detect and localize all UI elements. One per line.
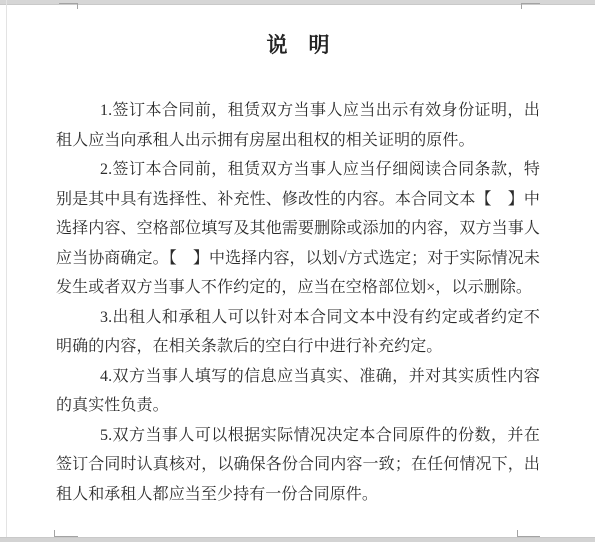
instruction-paragraph-2: 2.签订本合同前，租赁双方当事人应当仔细阅读合同条款，特别是其中具有选择性、补充… — [56, 155, 540, 303]
margin-crop-mark-top-left — [59, 3, 78, 9]
page-edge-top — [0, 0, 595, 5]
instruction-paragraph-3: 3.出租人和承租人可以针对本合同文本中没有约定或者约定不明确的内容，在相关条款后… — [56, 303, 540, 362]
page-title: 说 明 — [56, 30, 540, 60]
margin-crop-mark-bottom-left — [54, 530, 78, 537]
page-edge-bottom — [0, 537, 595, 542]
margin-crop-mark-bottom-right — [517, 530, 540, 537]
instruction-paragraph-1: 1.签订本合同前，租赁双方当事人应当出示有效身份证明，出租人应当向承租人出示拥有… — [56, 96, 540, 155]
document-page: 说 明 1.签订本合同前，租赁双方当事人应当出示有效身份证明，出租人应当向承租人… — [56, 30, 540, 509]
margin-crop-mark-top-right — [521, 3, 540, 9]
instruction-paragraph-5: 5.双方当事人可以根据实际情况决定本合同原件的份数，并在签订合同时认真核对，以确… — [56, 421, 540, 510]
page-edge-left — [6, 0, 7, 542]
instruction-paragraph-4: 4.双方当事人填写的信息应当真实、准确，并对其实质性内容的真实性负责。 — [56, 362, 540, 421]
